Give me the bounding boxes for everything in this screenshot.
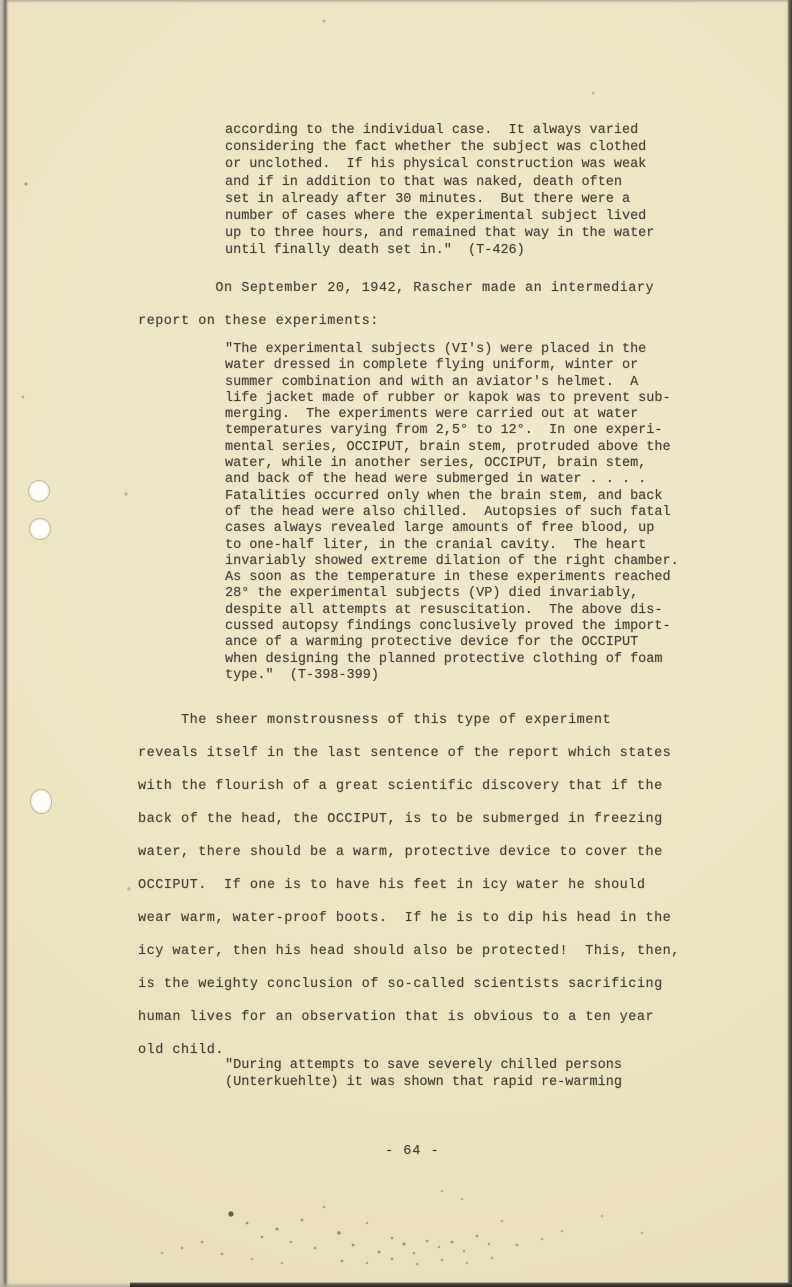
text-line: life jacket made of rubber or kapok was … [225,391,679,407]
paper-speckles [0,0,2,2]
text-line: 28° the experimental subjects (VP) died … [225,586,679,602]
text-line: The sheer monstrousness of this type of … [138,704,680,737]
text-line: and if in addition to that was naked, de… [225,174,654,191]
text-line: type." (T-398-399) [225,668,679,684]
scan-edge-bottom-shadow [130,1282,792,1287]
text-line: cussed autopsy findings conclusively pro… [225,619,679,635]
text-line: "During attempts to save severely chille… [225,1057,622,1074]
text-line: up to three hours, and remained that way… [225,225,654,242]
blockquote-rewarming: "During attempts to save severely chille… [225,1057,622,1091]
text-line: human lives for an observation that is o… [138,1001,680,1034]
text-line: On September 20, 1942, Rascher made an i… [138,272,654,305]
text-line: Fatalities occurred only when the brain … [225,489,679,505]
page-number: - 64 - [385,1143,440,1160]
text-line: water, while in another series, OCCIPUT,… [225,456,679,472]
text-line: wear warm, water-proof boots. If he is t… [138,902,680,935]
text-line: of the head were also chilled. Autopsies… [225,505,679,521]
scan-edge-right [787,0,792,1287]
text-line: or unclothed. If his physical constructi… [225,156,654,173]
text-line: invariably showed extreme dilation of th… [225,554,679,570]
text-line: summer combination and with an aviator's… [225,375,679,391]
text-line: icy water, then his head should also be … [138,935,680,968]
punch-hole [30,519,50,539]
text-line: temperatures varying from 2,5° to 12°. I… [225,423,679,439]
text-line: to one-half liter, in the cranial cavity… [225,538,679,554]
text-line: As soon as the temperature in these expe… [225,570,679,586]
text-line: number of cases where the experimental s… [225,208,654,225]
scanned-document-page: according to the individual case. It alw… [0,0,792,1287]
text-line: report on these experiments: [138,305,654,338]
text-line: despite all attempts at resuscitation. T… [225,603,679,619]
blockquote-intermediary-report: "The experimental subjects (VI's) were p… [225,342,679,684]
text-line: and back of the head were submerged in w… [225,472,679,488]
paragraph-commentary: The sheer monstrousness of this type of … [138,704,680,1067]
text-line: merging. The experiments were carried ou… [225,407,679,423]
text-line: cases always revealed large amounts of f… [225,521,679,537]
scan-edge-top [0,0,792,3]
punch-hole [29,481,49,501]
text-line: set in already after 30 minutes. But the… [225,191,654,208]
punch-hole [31,790,51,813]
text-line: water dressed in complete flying uniform… [225,358,679,374]
text-line: according to the individual case. It alw… [225,122,654,139]
paragraph-report-intro: On September 20, 1942, Rascher made an i… [138,272,654,338]
text-line: considering the fact whether the subject… [225,139,654,156]
text-line: when designing the planned protective cl… [225,652,679,668]
text-line: (Unterkuehlte) it was shown that rapid r… [225,1074,622,1091]
text-line: back of the head, the OCCIPUT, is to be … [138,803,680,836]
text-line: is the weighty conclusion of so-called s… [138,968,680,1001]
blockquote-case-description: according to the individual case. It alw… [225,122,654,260]
text-line: mental series, OCCIPUT, brain stem, prot… [225,440,679,456]
text-line: reveals itself in the last sentence of t… [138,737,680,770]
text-line: "The experimental subjects (VI's) were p… [225,342,679,358]
text-line: ance of a warming protective device for … [225,635,679,651]
text-line: until finally death set in." (T-426) [225,242,654,259]
text-line: with the flourish of a great scientific … [138,770,680,803]
scan-edge-left [0,0,9,1287]
text-line: OCCIPUT. If one is to have his feet in i… [138,869,680,902]
text-line: water, there should be a warm, protectiv… [138,836,680,869]
